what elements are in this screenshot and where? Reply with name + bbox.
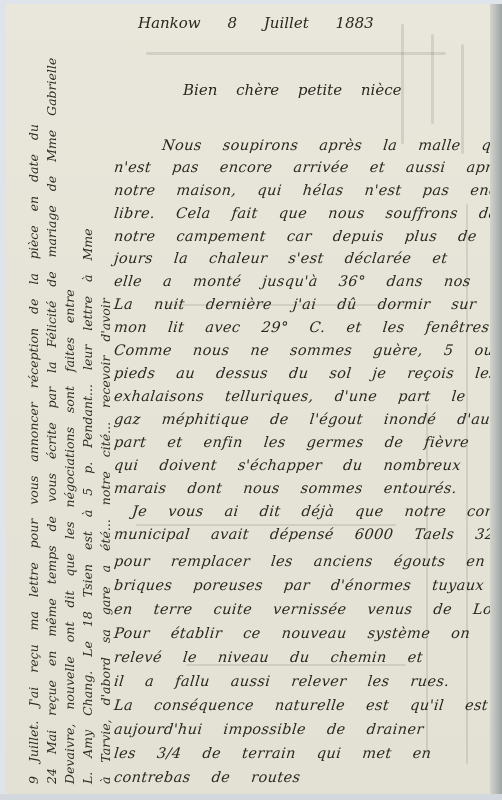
body-line: pieds au dessus du sol je reçois les <box>113 366 485 382</box>
day: 8 <box>227 14 237 32</box>
place: Hankow <box>138 14 201 32</box>
body-line: Pour établir ce nouveau système on a <box>113 626 485 642</box>
body-line: les 3/4 de terrain qui met en <box>113 746 485 762</box>
body-line: briques poreuses par d'énormes tuyaux <box>113 578 485 594</box>
body-line: libre. Cela fait que nous souffrons dans <box>113 206 485 222</box>
margin-note-line: L. Amy Chang. Le 18 Tsien est à 5 p. Pen… <box>80 228 95 784</box>
background-frame <box>0 794 502 800</box>
body-line: elle a monté jusqu'à 36° dans nos chambr… <box>113 274 485 290</box>
body-line: qui doivent s'échapper du nombreux <box>113 458 485 474</box>
bleed-through-mark <box>146 52 446 55</box>
page-edge-shadow <box>490 4 502 794</box>
body-line: relevé le niveau du chemin et <box>113 650 485 666</box>
body-line: mon lit avec 29° C. et les fenêtres ferm… <box>113 320 485 336</box>
body-line: contrebas de routes <box>113 770 485 786</box>
body-line: n'est pas encore arrivée et aussi après <box>113 160 485 176</box>
body-line: Nous soupirons après la malle qui <box>161 138 490 154</box>
body-line: en terre cuite vernissée venus de Londre… <box>113 602 485 618</box>
body-line: Comme nous ne sommes guère, 5 ou 6 <box>113 343 485 359</box>
body-line: exhalaisons telluriques, d'une part le <box>113 389 485 405</box>
margin-note-line: 24 Mai reçue en même temps de vous écrit… <box>44 58 59 784</box>
letter-dateline: Hankow 8 Juillet 1883 <box>138 14 374 32</box>
letter-page: Hankow 8 Juillet 1883 Bien chère petite … <box>6 4 490 794</box>
body-line: notre campement car depuis plus de 8 <box>113 229 485 245</box>
margin-note-line: Devaivre, nouvelle ont dit que les négoc… <box>62 289 77 784</box>
bleed-through-mark <box>431 34 434 124</box>
body-line: Je vous ai dit déjà que notre conseil <box>131 504 490 520</box>
margin-note-line: 9 Juillet. J'ai reçu ma lettre pour vous… <box>26 124 41 784</box>
body-line: pour remplacer les anciens égouts en <box>113 554 485 570</box>
month: Juillet <box>264 14 309 32</box>
body-line: aujourd'hui impossible de drainer <box>113 722 485 738</box>
body-line: La nuit dernière j'ai dû dormir sur <box>113 297 485 313</box>
salutation: Bien chère petite nièce <box>183 81 401 99</box>
body-line: part et enfin les germes de fièvre <box>113 435 485 451</box>
body-line: marais dont nous sommes entourés. <box>113 481 485 497</box>
body-line: La conséquence naturelle est qu'il est <box>113 698 485 714</box>
body-line: gaz méphitique de l'égout inondé d'autre <box>113 412 485 428</box>
body-line: notre maison, qui hélas n'est pas encore <box>113 183 485 199</box>
margin-note-vertical: 9 Juillet. J'ai reçu ma lettre pour vous… <box>14 4 114 784</box>
body-line: jours la chaleur s'est déclarée et <box>113 251 485 267</box>
margin-note-line: à Tarvie, d'abord sa gare a été... notre… <box>98 298 113 784</box>
body-line: il a fallu aussi relever les rues. <box>113 674 485 690</box>
year: 1883 <box>336 14 374 32</box>
bleed-through-mark <box>136 524 396 526</box>
body-line: municipal avait dépensé 6000 Taels 32 00… <box>113 527 485 543</box>
